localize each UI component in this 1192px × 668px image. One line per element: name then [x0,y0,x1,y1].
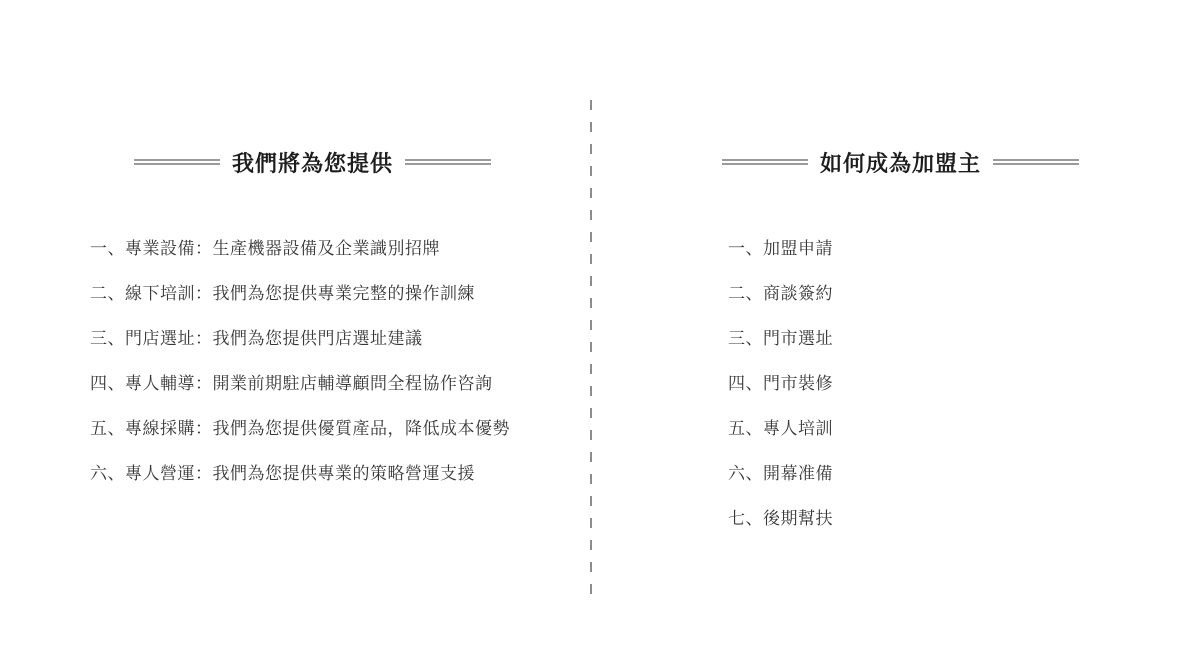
list-item: 一、專業設備：生產機器設備及企業識別招牌 [90,226,550,271]
list-item: 五、專人培訓 [728,406,1068,451]
list-item: 四、門市裝修 [728,361,1068,406]
list-item: 六、專人營運：我們為您提供專業的策略營運支援 [90,451,550,496]
list-item: 二、商談簽約 [728,271,1068,316]
right-section-list: 一、加盟申請 二、商談簽約 三、門市選址 四、門市裝修 五、專人培訓 六、開幕准… [728,226,1068,541]
right-section-header: 如何成為加盟主 [718,147,1083,177]
list-item: 五、專線採購：我們為您提供優質產品，降低成本優勢 [90,406,550,451]
list-item: 三、門店選址：我們為您提供門店選址建議 [90,316,550,361]
vertical-dashed-divider [590,100,592,600]
double-rule-decoration [722,159,808,165]
list-item: 二、線下培訓：我們為您提供專業完整的操作訓練 [90,271,550,316]
franchise-info-page: 我們將為您提供 一、專業設備：生產機器設備及企業識別招牌 二、線下培訓：我們為您… [0,0,1192,668]
list-item: 三、門市選址 [728,316,1068,361]
list-item: 七、後期幫扶 [728,496,1068,541]
double-rule-decoration [134,159,220,165]
list-item: 六、開幕准備 [728,451,1068,496]
list-item: 四、專人輔導：開業前期駐店輔導顧問全程協作咨詢 [90,361,550,406]
double-rule-decoration [993,159,1079,165]
list-item: 一、加盟申請 [728,226,1068,271]
left-section-list: 一、專業設備：生產機器設備及企業識別招牌 二、線下培訓：我們為您提供專業完整的操… [90,226,550,496]
double-rule-decoration [405,159,491,165]
left-section-header: 我們將為您提供 [90,147,535,177]
left-section-title: 我們將為您提供 [232,147,393,178]
right-section-title: 如何成為加盟主 [820,147,981,178]
